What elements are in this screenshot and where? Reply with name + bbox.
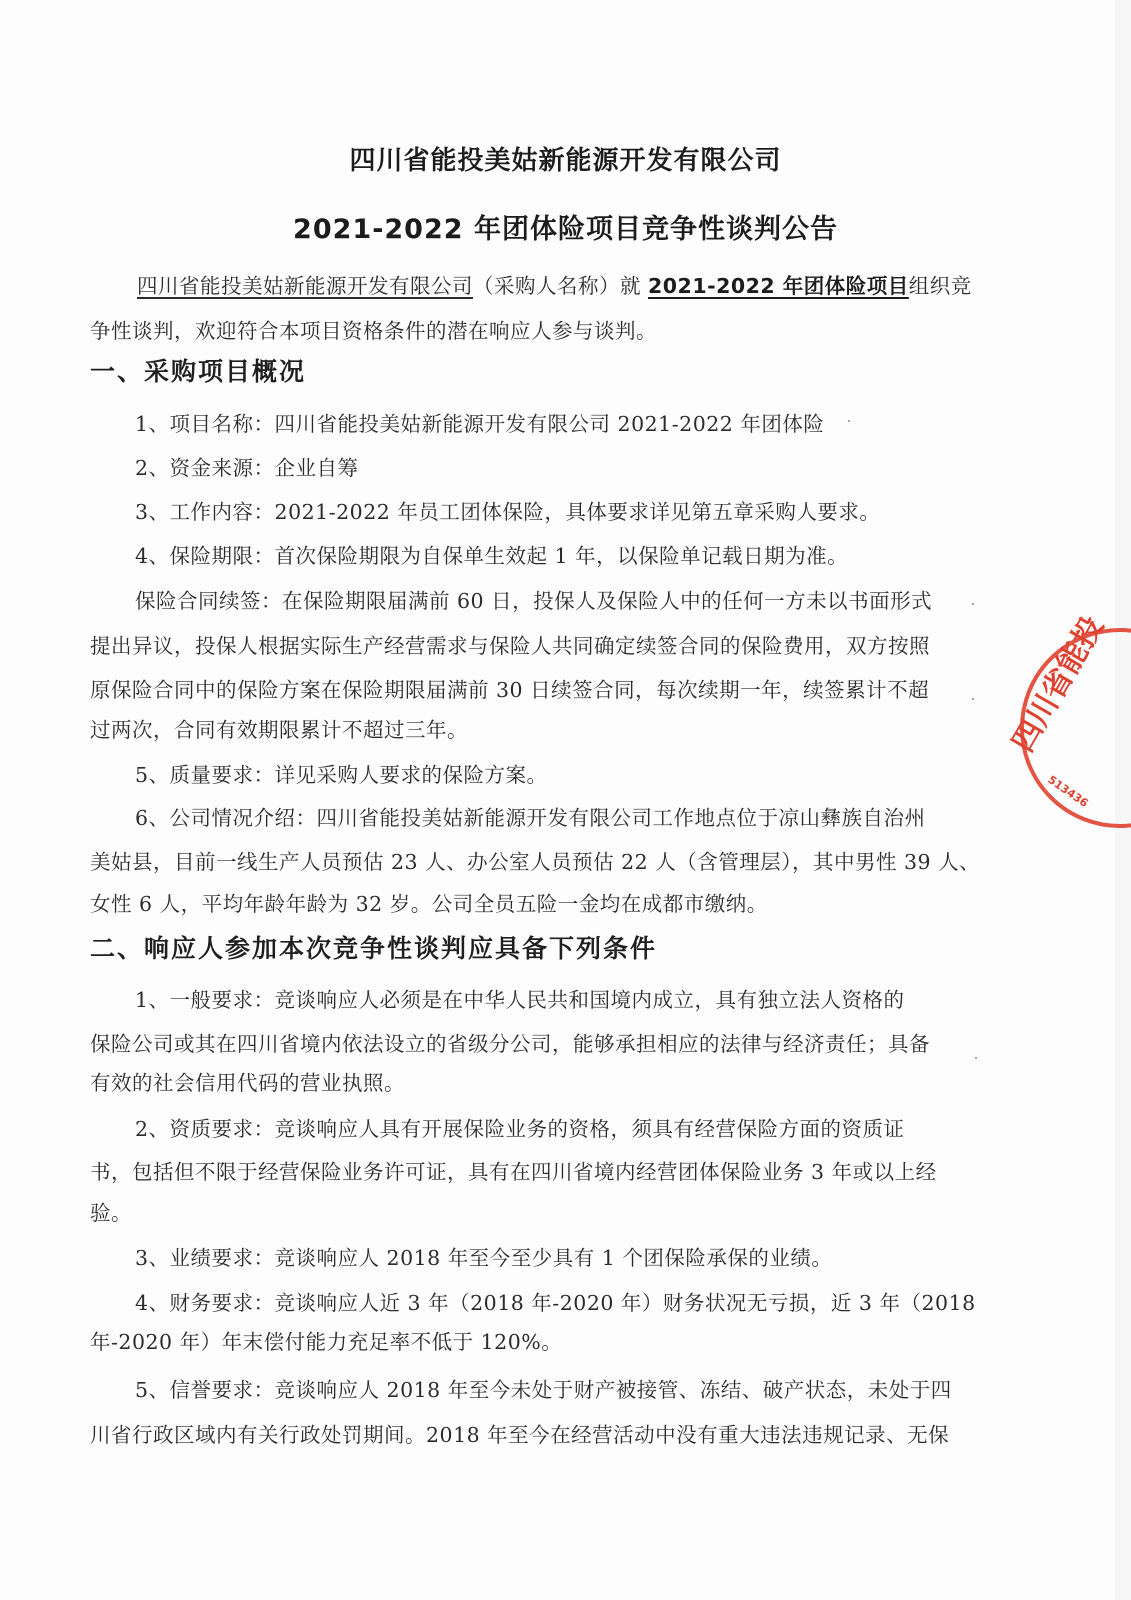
renewal-line-1: 保险合同续签：在保险期限届满前 60 日，投保人及保险人中的任何一方未以书面形式 — [135, 586, 932, 616]
req4-line-1: 4、财务要求：竞谈响应人近 3 年（2018 年-2020 年）财务状况无亏损，… — [135, 1288, 976, 1318]
req2-line-3: 验。 — [90, 1198, 132, 1228]
scan-speck — [975, 1057, 977, 1059]
req2-line-1: 2、资质要求：竞谈响应人具有开展保险业务的资格，须具有经营保险方面的资质证 — [135, 1114, 905, 1144]
project-name: 2021-2022 年团体险项目 — [648, 274, 909, 298]
req5-line-1: 5、信誉要求：竞谈响应人 2018 年至今未处于财产被接管、冻结、破产状态，未处… — [135, 1375, 952, 1405]
purchaser-name: 四川省能投美姑新能源开发有限公司 — [137, 274, 473, 298]
intro-line-2: 争性谈判，欢迎符合本项目资格条件的潜在响应人参与谈判。 — [90, 316, 657, 346]
intro-line-1: 四川省能投美姑新能源开发有限公司（采购人名称）就 2021-2022 年团体险项… — [137, 271, 972, 301]
req2-line-2: 书，包括但不限于经营保险业务许可证，具有在四川省境内经营团体保险业务 3 年或以… — [90, 1157, 937, 1187]
section-heading-1: 一、采购项目概况 — [90, 355, 306, 389]
renewal-line-3: 原保险合同中的保险方案在保险期限届满前 30 日续签合同，每次续期一年，续签累计… — [90, 675, 929, 705]
section1-item-3: 3、工作内容：2021-2022 年员工团体保险，具体要求详见第五章采购人要求。 — [135, 497, 880, 527]
company-intro-line-2: 美姑县，目前一线生产人员预估 23 人、办公室人员预估 22 人（含管理层），其… — [90, 847, 980, 877]
renewal-line-4: 过两次，合同有效期限累计不超过三年。 — [90, 715, 468, 745]
req1-line-2: 保险公司或其在四川省境内依法设立的省级分公司，能够承担相应的法律与经济责任；具备 — [90, 1029, 930, 1059]
company-intro-line-3: 女性 6 人，平均年龄年龄为 32 岁。公司全员五险一金均在成都市缴纳。 — [90, 889, 768, 919]
renewal-line-2: 提出异议，投保人根据实际生产经营需求与保险人共同确定续签合同的保险费用，双方按照 — [90, 631, 930, 661]
req3-line: 3、业绩要求：竞谈响应人 2018 年至今至少具有 1 个团保险承保的业绩。 — [135, 1243, 832, 1273]
document-page: 四川省能投美姑新能源开发有限公司 2021-2022 年团体险项目竞争性谈判公告… — [0, 0, 1131, 1600]
section-heading-2: 二、响应人参加本次竞争性谈判应具备下列条件 — [90, 932, 657, 966]
scan-speck — [848, 420, 850, 422]
section1-item-5: 5、质量要求：详见采购人要求的保险方案。 — [135, 760, 548, 790]
document-title-company: 四川省能投美姑新能源开发有限公司 — [0, 140, 1131, 177]
purchaser-label: （采购人名称）就 — [473, 274, 648, 298]
req1-line-1: 1、一般要求：竞谈响应人必须是在中华人民共和国境内成立，具有独立法人资格的 — [135, 985, 905, 1015]
req5-line-2: 川省行政区域内有关行政处罚期间。2018 年至今在经营活动中没有重大违法违规记录… — [90, 1420, 949, 1450]
req1-line-3: 有效的社会信用代码的营业执照。 — [90, 1068, 405, 1098]
company-intro-line-1: 6、公司情况介绍：四川省能投美姑新能源开发有限公司工作地点位于凉山彝族自治州 — [135, 803, 926, 833]
req4-line-2: 年-2020 年）年末偿付能力充足率不低于 120%。 — [90, 1327, 562, 1357]
document-title-notice: 2021-2022 年团体险项目竞争性谈判公告 — [0, 207, 1131, 246]
scan-speck — [972, 603, 974, 605]
section1-item-2: 2、资金来源：企业自筹 — [135, 453, 359, 483]
intro-line1-tail: 组织竞 — [909, 274, 972, 298]
section1-item-1: 1、项目名称：四川省能投美姑新能源开发有限公司 2021-2022 年团体险 — [135, 409, 824, 439]
section1-item-4: 4、保险期限：首次保险期限为自保单生效起 1 年，以保险单记载日期为准。 — [135, 541, 848, 571]
scan-speck — [972, 698, 974, 700]
